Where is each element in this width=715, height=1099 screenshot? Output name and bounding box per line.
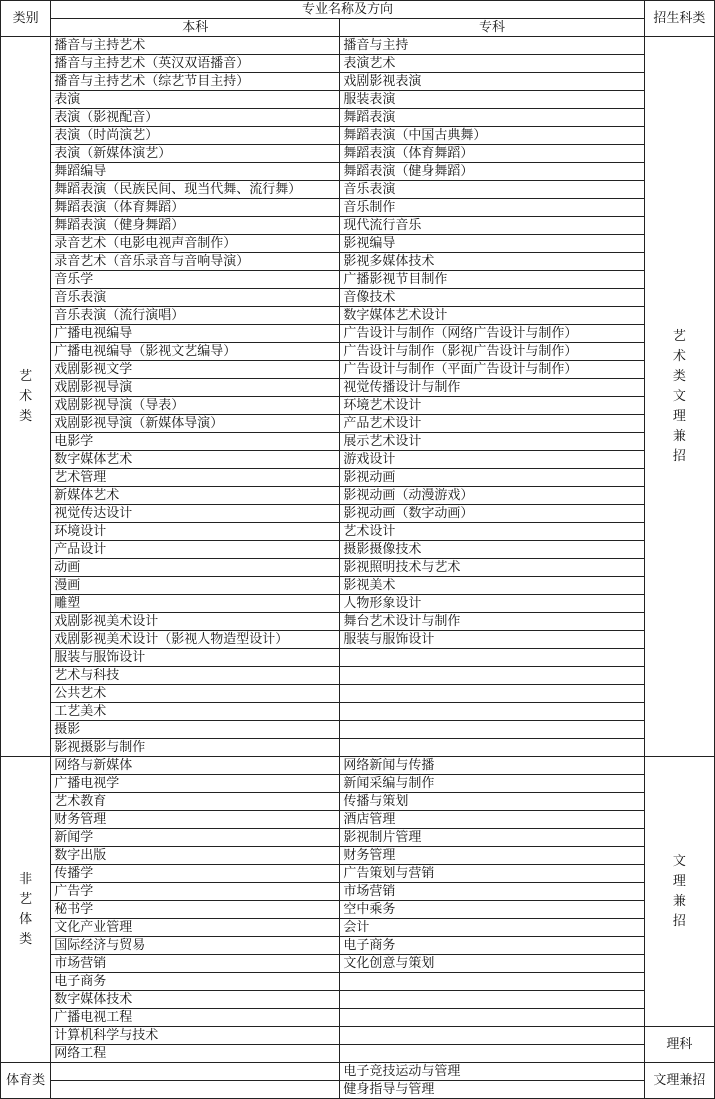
undergraduate-major-cell: 舞蹈表演（体育舞蹈） (51, 199, 340, 217)
table-row: 广播电视工程 (1, 1009, 715, 1027)
undergraduate-major-cell: 电影学 (51, 433, 340, 451)
table-row: 艺术教育传播与策划 (1, 793, 715, 811)
table-row: 数字媒体技术 (1, 991, 715, 1009)
table-row: 健身指导与管理 (1, 1081, 715, 1099)
undergraduate-major-cell: 数字媒体技术 (51, 991, 340, 1009)
junior-college-major-cell: 影视动画 (340, 469, 644, 487)
table-row: 舞蹈表演（体育舞蹈）音乐制作 (1, 199, 715, 217)
junior-college-major-cell: 影视多媒体技术 (340, 253, 644, 271)
junior-college-major-cell (340, 991, 644, 1009)
undergraduate-major-cell: 网络工程 (51, 1045, 340, 1063)
undergraduate-major-cell: 文化产业管理 (51, 919, 340, 937)
junior-college-major-cell: 人物形象设计 (340, 595, 644, 613)
undergraduate-major-cell: 环境设计 (51, 523, 340, 541)
undergraduate-major-cell: 广播电视工程 (51, 1009, 340, 1027)
table-row: 播音与主持艺术（综艺节目主持）戏剧影视表演 (1, 73, 715, 91)
table-row: 视觉传达设计影视动画（数字动画） (1, 505, 715, 523)
table-row: 传播学广告策划与营销 (1, 865, 715, 883)
junior-college-major-cell: 会计 (340, 919, 644, 937)
junior-college-major-cell: 戏剧影视表演 (340, 73, 644, 91)
table-row: 音乐学广播影视节目制作 (1, 271, 715, 289)
table-row: 广播电视编导（影视文艺编导）广告设计与制作（影视广告设计与制作） (1, 343, 715, 361)
junior-college-major-cell: 影视制片管理 (340, 829, 644, 847)
junior-college-major-cell: 舞台艺术设计与制作 (340, 613, 644, 631)
junior-college-major-cell (340, 1045, 644, 1063)
table-row: 新闻学影视制片管理 (1, 829, 715, 847)
junior-college-major-cell: 播音与主持 (340, 37, 644, 55)
table-row: 戏剧影视导演（导表）环境艺术设计 (1, 397, 715, 415)
junior-college-major-cell (340, 667, 644, 685)
undergraduate-major-cell: 工艺美术 (51, 703, 340, 721)
table-row: 新媒体艺术影视动画（动漫游戏） (1, 487, 715, 505)
undergraduate-major-cell: 广播电视编导（影视文艺编导） (51, 343, 340, 361)
header-undergraduate: 本科 (51, 19, 340, 37)
table-row: 网络工程 (1, 1045, 715, 1063)
undergraduate-major-cell: 表演（时尚演艺） (51, 127, 340, 145)
junior-college-major-cell: 酒店管理 (340, 811, 644, 829)
table-row: 电影学展示艺术设计 (1, 433, 715, 451)
header-enrollment-type: 招生科类 (644, 1, 714, 37)
junior-college-major-cell: 影视美术 (340, 577, 644, 595)
undergraduate-major-cell: 戏剧影视导演（导表） (51, 397, 340, 415)
undergraduate-major-cell: 雕塑 (51, 595, 340, 613)
table-row: 环境设计艺术设计 (1, 523, 715, 541)
junior-college-major-cell: 传播与策划 (340, 793, 644, 811)
undergraduate-major-cell: 戏剧影视文学 (51, 361, 340, 379)
junior-college-major-cell: 音乐制作 (340, 199, 644, 217)
category-cell: 艺术类 (1, 37, 51, 757)
junior-college-major-cell: 音像技术 (340, 289, 644, 307)
table-row: 戏剧影视美术设计舞台艺术设计与制作 (1, 613, 715, 631)
table-row: 戏剧影视导演（新媒体导演）产品艺术设计 (1, 415, 715, 433)
junior-college-major-cell: 电子商务 (340, 937, 644, 955)
header-junior-college: 专科 (340, 19, 644, 37)
enrollment-type-cell: 理科 (644, 1027, 714, 1063)
junior-college-major-cell: 舞蹈表演 (340, 109, 644, 127)
undergraduate-major-cell: 数字媒体艺术 (51, 451, 340, 469)
table-row: 文化产业管理会计 (1, 919, 715, 937)
undergraduate-major-cell: 表演 (51, 91, 340, 109)
junior-college-major-cell (340, 739, 644, 757)
table-row: 产品设计摄影摄像技术 (1, 541, 715, 559)
undergraduate-major-cell: 财务管理 (51, 811, 340, 829)
table-row: 音乐表演（流行演唱）数字媒体艺术设计 (1, 307, 715, 325)
junior-college-major-cell: 游戏设计 (340, 451, 644, 469)
undergraduate-major-cell: 漫画 (51, 577, 340, 595)
junior-college-major-cell (340, 1027, 644, 1045)
undergraduate-major-cell: 戏剧影视美术设计 (51, 613, 340, 631)
junior-college-major-cell (340, 649, 644, 667)
table-row: 舞蹈表演（民族民间、现当代舞、流行舞）音乐表演 (1, 181, 715, 199)
junior-college-major-cell: 影视照明技术与艺术 (340, 559, 644, 577)
junior-college-major-cell: 服装与服饰设计 (340, 631, 644, 649)
table-row: 艺术类播音与主持艺术播音与主持艺术类文理兼招 (1, 37, 715, 55)
junior-college-major-cell: 数字媒体艺术设计 (340, 307, 644, 325)
table-row: 工艺美术 (1, 703, 715, 721)
junior-college-major-cell: 健身指导与管理 (340, 1081, 644, 1099)
table-row: 体育类电子竞技运动与管理文理兼招 (1, 1063, 715, 1081)
table-row: 艺术管理影视动画 (1, 469, 715, 487)
table-row: 舞蹈表演（健身舞蹈）现代流行音乐 (1, 217, 715, 235)
table-row: 戏剧影视文学广告设计与制作（平面广告设计与制作） (1, 361, 715, 379)
enrollment-type-cell: 文理兼招 (644, 1063, 714, 1099)
junior-college-major-cell: 广播影视节目制作 (340, 271, 644, 289)
table-row: 表演（时尚演艺）舞蹈表演（中国古典舞） (1, 127, 715, 145)
undergraduate-major-cell: 摄影 (51, 721, 340, 739)
undergraduate-major-cell: 播音与主持艺术 (51, 37, 340, 55)
junior-college-major-cell (340, 685, 644, 703)
junior-college-major-cell (340, 1009, 644, 1027)
junior-college-major-cell: 音乐表演 (340, 181, 644, 199)
junior-college-major-cell: 财务管理 (340, 847, 644, 865)
category-cell: 非艺体类 (1, 757, 51, 1063)
undergraduate-major-cell: 舞蹈表演（健身舞蹈） (51, 217, 340, 235)
table-row: 服装与服饰设计 (1, 649, 715, 667)
enrollment-type-cell: 艺术类文理兼招 (644, 37, 714, 757)
junior-college-major-cell: 艺术设计 (340, 523, 644, 541)
category-cell: 体育类 (1, 1063, 51, 1099)
undergraduate-major-cell: 秘书学 (51, 901, 340, 919)
table-row: 录音艺术（音乐录音与音响导演）影视多媒体技术 (1, 253, 715, 271)
category-label: 艺术类 (19, 367, 33, 427)
undergraduate-major-cell: 艺术与科技 (51, 667, 340, 685)
junior-college-major-cell: 展示艺术设计 (340, 433, 644, 451)
junior-college-major-cell: 空中乘务 (340, 901, 644, 919)
table-row: 摄影 (1, 721, 715, 739)
junior-college-major-cell: 舞蹈表演（健身舞蹈） (340, 163, 644, 181)
undergraduate-major-cell: 视觉传达设计 (51, 505, 340, 523)
table-row: 财务管理酒店管理 (1, 811, 715, 829)
table-row: 公共艺术 (1, 685, 715, 703)
undergraduate-major-cell: 戏剧影视导演（新媒体导演） (51, 415, 340, 433)
table-row: 表演（新媒体演艺）舞蹈表演（体育舞蹈） (1, 145, 715, 163)
table-row: 广告学市场营销 (1, 883, 715, 901)
junior-college-major-cell: 影视动画（动漫游戏） (340, 487, 644, 505)
undergraduate-major-cell: 戏剧影视导演 (51, 379, 340, 397)
junior-college-major-cell: 文化创意与策划 (340, 955, 644, 973)
undergraduate-major-cell: 新媒体艺术 (51, 487, 340, 505)
junior-college-major-cell: 视觉传播设计与制作 (340, 379, 644, 397)
category-label: 体育类 (6, 1073, 45, 1088)
undergraduate-major-cell: 动画 (51, 559, 340, 577)
table-row: 雕塑人物形象设计 (1, 595, 715, 613)
enrollment-type-label: 艺术类文理兼招 (672, 327, 686, 467)
enrollment-type-label: 文理兼招 (672, 852, 686, 932)
undergraduate-major-cell: 广播电视学 (51, 775, 340, 793)
junior-college-major-cell (340, 973, 644, 991)
undergraduate-major-cell: 表演（影视配音） (51, 109, 340, 127)
table-body: 艺术类播音与主持艺术播音与主持艺术类文理兼招播音与主持艺术（英汉双语播音）表演艺… (1, 37, 715, 1099)
header-category: 类别 (1, 1, 51, 37)
undergraduate-major-cell: 产品设计 (51, 541, 340, 559)
table-row: 舞蹈编导舞蹈表演（健身舞蹈） (1, 163, 715, 181)
undergraduate-major-cell: 播音与主持艺术（英汉双语播音） (51, 55, 340, 73)
undergraduate-major-cell: 录音艺术（电影电视声音制作） (51, 235, 340, 253)
junior-college-major-cell: 环境艺术设计 (340, 397, 644, 415)
junior-college-major-cell: 新闻采编与制作 (340, 775, 644, 793)
junior-college-major-cell: 电子竞技运动与管理 (340, 1063, 644, 1081)
undergraduate-major-cell: 舞蹈表演（民族民间、现当代舞、流行舞） (51, 181, 340, 199)
junior-college-major-cell (340, 721, 644, 739)
junior-college-major-cell: 广告设计与制作（平面广告设计与制作） (340, 361, 644, 379)
junior-college-major-cell: 影视动画（数字动画） (340, 505, 644, 523)
table-row: 数字出版财务管理 (1, 847, 715, 865)
undergraduate-major-cell: 戏剧影视美术设计（影视人物造型设计） (51, 631, 340, 649)
undergraduate-major-cell: 公共艺术 (51, 685, 340, 703)
enrollment-type-label: 理科 (666, 1037, 692, 1052)
undergraduate-major-cell: 国际经济与贸易 (51, 937, 340, 955)
junior-college-major-cell: 广告设计与制作（影视广告设计与制作） (340, 343, 644, 361)
undergraduate-major-cell: 计算机科学与技术 (51, 1027, 340, 1045)
undergraduate-major-cell (51, 1063, 340, 1081)
junior-college-major-cell: 产品艺术设计 (340, 415, 644, 433)
table-row: 播音与主持艺术（英汉双语播音）表演艺术 (1, 55, 715, 73)
undergraduate-major-cell (51, 1081, 340, 1099)
undergraduate-major-cell: 电子商务 (51, 973, 340, 991)
table-row: 录音艺术（电影电视声音制作）影视编导 (1, 235, 715, 253)
undergraduate-major-cell: 传播学 (51, 865, 340, 883)
undergraduate-major-cell: 舞蹈编导 (51, 163, 340, 181)
table-row: 电子商务 (1, 973, 715, 991)
table-row: 影视摄影与制作 (1, 739, 715, 757)
table-row: 音乐表演音像技术 (1, 289, 715, 307)
undergraduate-major-cell: 新闻学 (51, 829, 340, 847)
majors-table: 类别 专业名称及方向 招生科类 本科 专科 艺术类播音与主持艺术播音与主持艺术类… (0, 0, 715, 1099)
table-row: 表演（影视配音）舞蹈表演 (1, 109, 715, 127)
table-row: 广播电视学新闻采编与制作 (1, 775, 715, 793)
table-row: 动画影视照明技术与艺术 (1, 559, 715, 577)
undergraduate-major-cell: 音乐表演 (51, 289, 340, 307)
junior-college-major-cell: 舞蹈表演（中国古典舞） (340, 127, 644, 145)
table-row: 广播电视编导广告设计与制作（网络广告设计与制作） (1, 325, 715, 343)
junior-college-major-cell (340, 703, 644, 721)
undergraduate-major-cell: 音乐表演（流行演唱） (51, 307, 340, 325)
undergraduate-major-cell: 录音艺术（音乐录音与音响导演） (51, 253, 340, 271)
undergraduate-major-cell: 艺术管理 (51, 469, 340, 487)
undergraduate-major-cell: 广播电视编导 (51, 325, 340, 343)
junior-college-major-cell: 市场营销 (340, 883, 644, 901)
table-row: 国际经济与贸易电子商务 (1, 937, 715, 955)
table-row: 计算机科学与技术理科 (1, 1027, 715, 1045)
junior-college-major-cell: 现代流行音乐 (340, 217, 644, 235)
table-row: 戏剧影视导演视觉传播设计与制作 (1, 379, 715, 397)
undergraduate-major-cell: 广告学 (51, 883, 340, 901)
table-row: 非艺体类网络与新媒体网络新闻与传播文理兼招 (1, 757, 715, 775)
undergraduate-major-cell: 影视摄影与制作 (51, 739, 340, 757)
table-row: 表演服装表演 (1, 91, 715, 109)
junior-college-major-cell: 摄影摄像技术 (340, 541, 644, 559)
junior-college-major-cell: 舞蹈表演（体育舞蹈） (340, 145, 644, 163)
table-row: 市场营销文化创意与策划 (1, 955, 715, 973)
junior-college-major-cell: 表演艺术 (340, 55, 644, 73)
junior-college-major-cell: 影视编导 (340, 235, 644, 253)
enrollment-type-label: 文理兼招 (653, 1073, 705, 1088)
table-row: 数字媒体艺术游戏设计 (1, 451, 715, 469)
table-row: 艺术与科技 (1, 667, 715, 685)
category-label: 非艺体类 (19, 870, 33, 950)
junior-college-major-cell: 广告策划与营销 (340, 865, 644, 883)
undergraduate-major-cell: 数字出版 (51, 847, 340, 865)
undergraduate-major-cell: 市场营销 (51, 955, 340, 973)
undergraduate-major-cell: 表演（新媒体演艺） (51, 145, 340, 163)
undergraduate-major-cell: 服装与服饰设计 (51, 649, 340, 667)
table-row: 漫画影视美术 (1, 577, 715, 595)
junior-college-major-cell: 服装表演 (340, 91, 644, 109)
table-row: 秘书学空中乘务 (1, 901, 715, 919)
undergraduate-major-cell: 播音与主持艺术（综艺节目主持） (51, 73, 340, 91)
undergraduate-major-cell: 艺术教育 (51, 793, 340, 811)
undergraduate-major-cell: 网络与新媒体 (51, 757, 340, 775)
junior-college-major-cell: 广告设计与制作（网络广告设计与制作） (340, 325, 644, 343)
header-major-group: 专业名称及方向 (51, 1, 644, 19)
undergraduate-major-cell: 音乐学 (51, 271, 340, 289)
table-row: 戏剧影视美术设计（影视人物造型设计）服装与服饰设计 (1, 631, 715, 649)
enrollment-type-cell: 文理兼招 (644, 757, 714, 1027)
junior-college-major-cell: 网络新闻与传播 (340, 757, 644, 775)
